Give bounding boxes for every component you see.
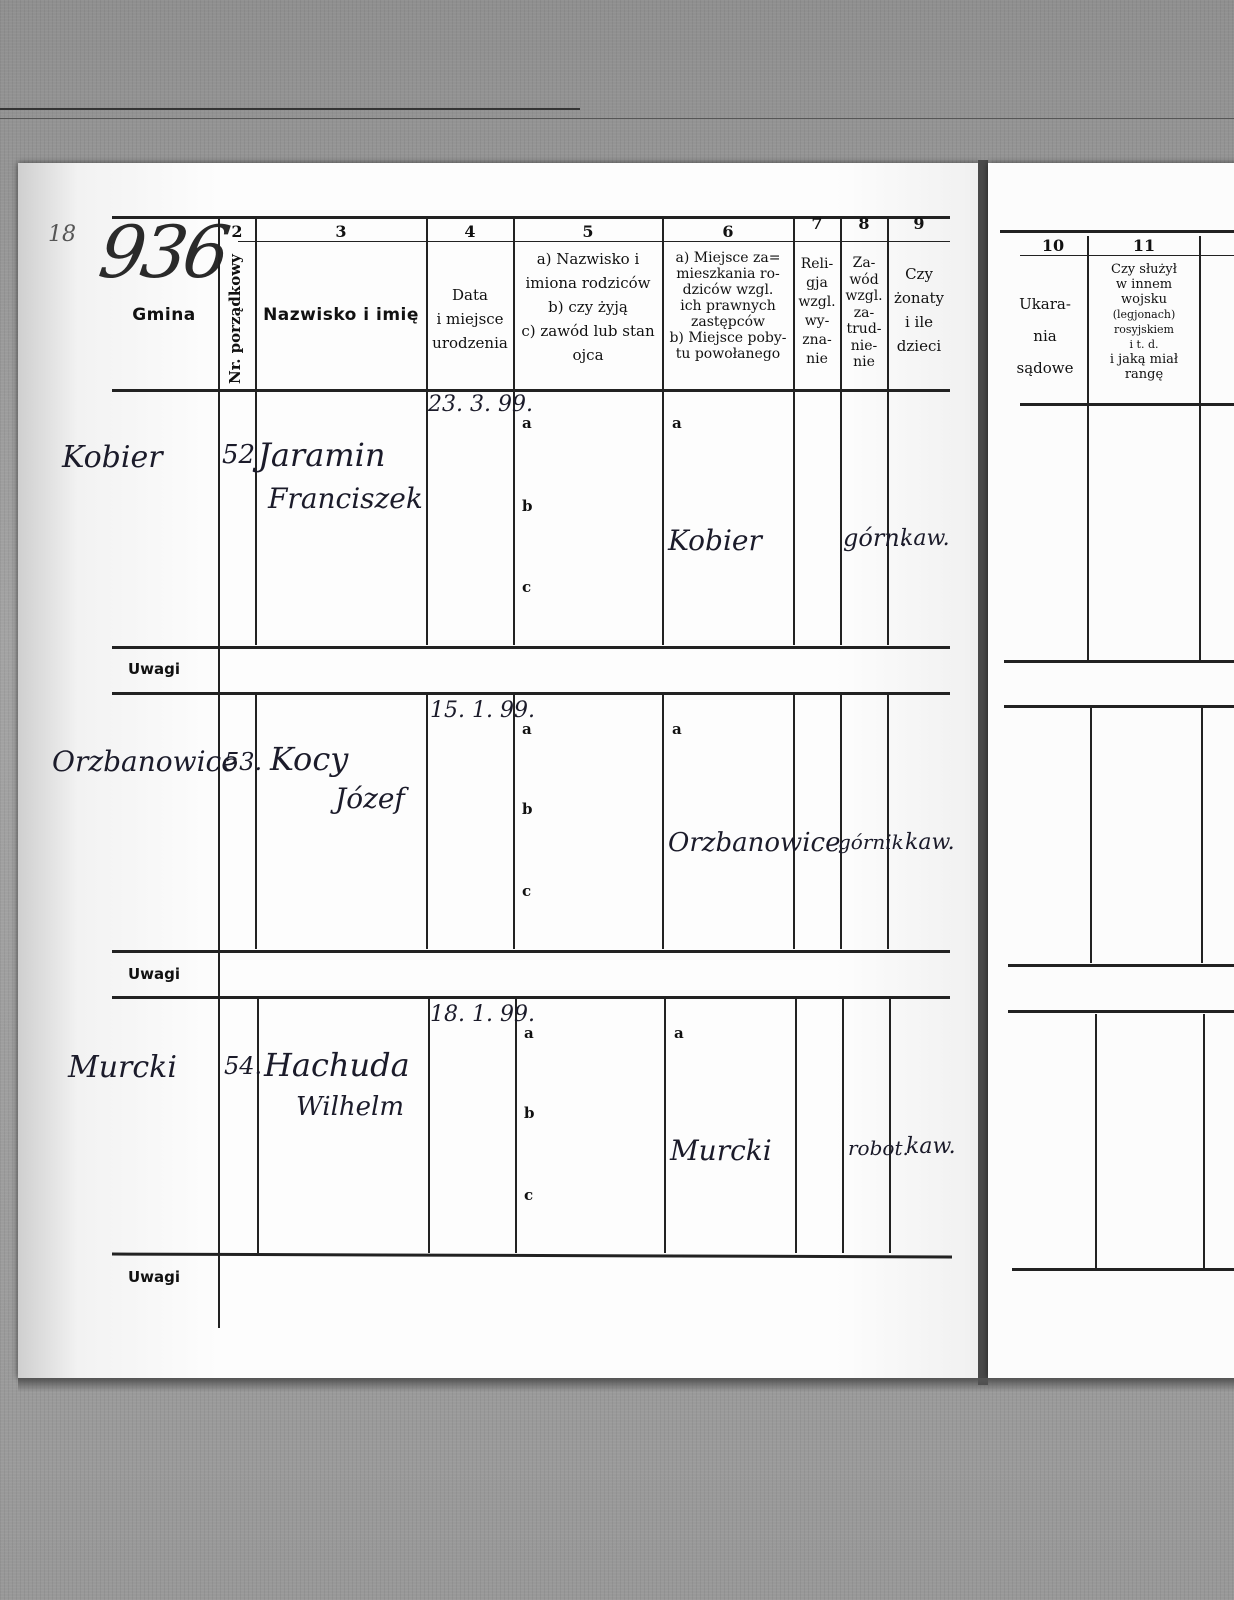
header-line: Czy służył — [1089, 262, 1199, 277]
header-line: trud- — [842, 321, 886, 338]
entry-residence: Murcki — [670, 1134, 772, 1167]
entry-gmina: Orzbanowice — [52, 745, 238, 778]
sub-label-b: b — [524, 1104, 535, 1122]
header-line: ich prawnych — [664, 298, 792, 314]
header-line: nie — [795, 350, 839, 369]
column-number: 8 — [842, 214, 886, 233]
column-divider — [1095, 1014, 1097, 1269]
header-line: mieszkania ro- — [664, 266, 792, 282]
column-divider — [255, 694, 257, 949]
remarks-bottom-rule — [1004, 705, 1234, 708]
column-divider — [795, 998, 797, 1253]
header-line: urodzenia — [428, 331, 512, 355]
header-line: wód — [842, 272, 886, 289]
entry-marital: kaw. — [906, 1134, 956, 1159]
column-number: 4 — [428, 222, 512, 241]
header-line: rangę — [1089, 367, 1199, 382]
entry-marital: kaw. — [900, 526, 950, 551]
sub-label-b: b — [522, 497, 533, 515]
column-divider — [840, 694, 842, 949]
column-divider — [426, 390, 428, 645]
entry-residence: Kobier — [668, 524, 762, 557]
header-line: wy- — [795, 312, 839, 331]
entry-nr: 52 — [222, 440, 255, 470]
column-number: 3 — [257, 222, 425, 241]
right-header-top-rule — [1000, 230, 1234, 233]
sub-label-a: a — [672, 720, 682, 738]
header-line: sądowe — [1005, 352, 1085, 384]
header-gmina: Gmina — [112, 307, 216, 324]
header-line: nia — [1005, 320, 1085, 352]
column-number: 10 — [1020, 236, 1086, 255]
header-line: żonaty — [889, 286, 949, 310]
header-line: (legjonach) — [1089, 307, 1199, 322]
sub-label-a: a — [674, 1024, 684, 1042]
header-line: b) czy żyją — [515, 295, 661, 319]
header-line: nie — [842, 354, 886, 371]
remarks-bottom-rule — [112, 996, 950, 999]
column-number: 2 — [220, 222, 254, 241]
header-line: dziców wzgl. — [664, 282, 792, 298]
header-line: gja — [795, 274, 839, 293]
header-zawod: Za- wód wzgl. za- trud- nie- nie — [842, 255, 886, 371]
header-line: wojsku — [1089, 292, 1199, 307]
header-line: zastępców — [664, 314, 792, 330]
remarks-label: Uwagi — [128, 965, 180, 983]
header-line: Reli- — [795, 255, 839, 274]
entry-gmina: Kobier — [62, 440, 163, 475]
header-line: wzgl. — [842, 288, 886, 305]
header-line: za- — [842, 305, 886, 322]
column-number: 7 — [795, 214, 839, 233]
register-number: 936 — [94, 210, 231, 294]
column-divider — [1203, 1014, 1205, 1269]
entry-bottom-rule — [112, 950, 950, 953]
sub-label-b: b — [522, 800, 533, 818]
header-zonaty: Czy żonaty i ile dzieci — [889, 262, 949, 358]
remarks-label: Uwagi — [128, 660, 180, 678]
column-number: 6 — [664, 222, 792, 241]
column-divider — [257, 998, 259, 1253]
right-header-bottom-rule — [1020, 403, 1234, 406]
sub-label-a: a — [672, 414, 682, 432]
header-line: zna- — [795, 331, 839, 350]
header-line: tu powołanego — [664, 346, 792, 362]
entry-occupation: górn. — [843, 524, 907, 552]
header-line: Czy — [889, 262, 949, 286]
header-line: dzieci — [889, 334, 949, 358]
page-bottom-shadow — [18, 1378, 1234, 1392]
header-line: nie- — [842, 338, 886, 355]
entry-first-name: Józef — [335, 782, 405, 815]
header-nazwisko-imie: Nazwisko i imię — [257, 307, 425, 324]
column-divider — [887, 694, 889, 949]
header-rodzice: a) Nazwisko i imiona rodziców b) czy żyj… — [515, 247, 661, 367]
sub-label-a: a — [524, 1024, 534, 1042]
entry-surname: Jaramin — [258, 436, 385, 474]
header-line: rosyjskiem — [1089, 322, 1199, 337]
column-divider — [887, 390, 889, 645]
header-line: a) Nazwisko i — [515, 247, 661, 271]
column-divider — [662, 390, 664, 645]
header-line: ojca — [515, 343, 661, 367]
remarks-bottom-rule — [1008, 1010, 1234, 1013]
column-number: 11 — [1089, 236, 1199, 255]
column-divider — [428, 998, 430, 1253]
sub-label-a: a — [522, 720, 532, 738]
entry-first-name: Franciszek — [268, 482, 423, 515]
entry-surname: Kocy — [270, 740, 348, 778]
column-divider — [662, 694, 664, 949]
header-line: i miejsce — [428, 307, 512, 331]
entry-marital: kaw. — [905, 830, 955, 855]
entry-birth-date: 18. 1. 99. — [430, 1002, 535, 1027]
sub-label-c: c — [524, 1186, 533, 1204]
column-divider — [793, 390, 795, 645]
header-religja: Reli- gja wzgl. wy- zna- nie — [795, 255, 839, 369]
header-line: wzgl. — [795, 293, 839, 312]
entry-occupation: górnik — [838, 830, 904, 854]
column-number: 9 — [889, 214, 949, 233]
column-divider — [426, 694, 428, 949]
header-line: c) zawód lub stan — [515, 319, 661, 343]
column-divider — [255, 218, 257, 390]
column-divider — [889, 998, 891, 1253]
header-line: Za- — [842, 255, 886, 272]
book-spine — [978, 160, 988, 1385]
column-divider — [1199, 404, 1201, 659]
column-divider — [515, 998, 517, 1253]
background-rule — [0, 108, 580, 110]
header-line: imiona rodziców — [515, 271, 661, 295]
entry-bottom-rule — [112, 646, 950, 649]
column-divider — [1090, 708, 1092, 963]
sub-label-a: a — [522, 414, 532, 432]
entry-bottom-rule — [1012, 1268, 1234, 1271]
header-miejsce-zamieszkania: a) Miejsce za= mieszkania ro- dziców wzg… — [664, 250, 792, 362]
folio-number: 18 — [48, 222, 76, 247]
column-divider — [793, 694, 795, 949]
entry-nr: 53. — [224, 748, 262, 776]
column-divider — [255, 390, 257, 645]
entry-bottom-rule — [1008, 964, 1234, 967]
header-data-urodzenia: Data i miejsce urodzenia — [428, 283, 512, 355]
header-num-rule — [238, 241, 950, 242]
header-line: a) Miejsce za= — [664, 250, 792, 266]
column-divider — [513, 694, 515, 949]
header-line: i jaką miał — [1089, 352, 1199, 367]
background-rule — [0, 118, 1234, 119]
column-divider — [840, 390, 842, 645]
sub-label-c: c — [522, 882, 531, 900]
header-line: w innem — [1089, 277, 1199, 292]
column-divider — [1087, 404, 1089, 659]
column-divider — [513, 390, 515, 645]
header-czy-sluzyl: Czy służył w innem wojsku (legjonach) ro… — [1089, 262, 1199, 382]
entry-surname: Hachuda — [264, 1046, 410, 1084]
column-divider — [842, 998, 844, 1253]
column-divider — [1201, 708, 1203, 963]
entry-residence: Orzbanowice — [668, 828, 841, 858]
header-line: b) Miejsce poby- — [664, 330, 792, 346]
header-line: i ile — [889, 310, 949, 334]
header-line: Data — [428, 283, 512, 307]
remarks-bottom-rule — [112, 692, 950, 695]
header-ukarania: Ukara- nia sądowe — [1005, 288, 1085, 384]
header-line: i t. d. — [1089, 337, 1199, 352]
header-nr-porzadkowy: Nr. porządkowy — [226, 250, 244, 384]
sub-label-c: c — [522, 578, 531, 596]
entry-bottom-rule — [1004, 660, 1234, 663]
entry-gmina: Murcki — [68, 1050, 177, 1085]
entry-birth-date: 15. 1. 99. — [430, 698, 535, 723]
entry-birth-date: 23. 3. 99. — [428, 392, 533, 417]
right-header-num-rule — [1020, 255, 1234, 256]
remarks-label: Uwagi — [128, 1268, 180, 1286]
column-divider — [664, 998, 666, 1253]
entry-occupation: robot. — [848, 1136, 909, 1160]
entry-nr: 54. — [224, 1052, 262, 1080]
header-line: Ukara- — [1005, 288, 1085, 320]
entry-first-name: Wilhelm — [296, 1092, 404, 1122]
column-number: 5 — [515, 222, 661, 241]
